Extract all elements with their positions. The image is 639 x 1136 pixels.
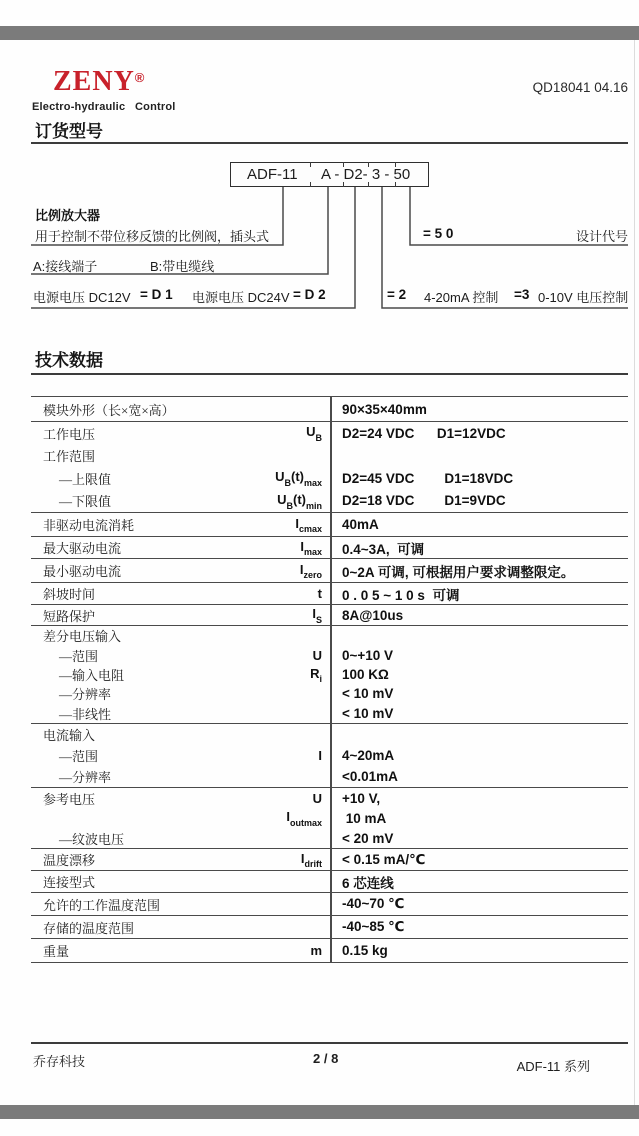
row-left-cell: 工作范围 bbox=[31, 446, 330, 465]
order-section-title: 订货型号 bbox=[35, 117, 103, 142]
row-left-cell: Ioutmax bbox=[31, 809, 330, 827]
row-value: +10 V, bbox=[330, 791, 628, 806]
row-value: 8A@10us bbox=[330, 608, 628, 623]
row-label: 参考电压 bbox=[31, 789, 95, 808]
row-label: —输入电阻 bbox=[31, 665, 124, 684]
row-value: D2=24 VDC D1=12VDC bbox=[330, 426, 628, 441]
row-label: —下限值 bbox=[31, 491, 111, 510]
footer-series: ADF-11 系列 bbox=[517, 1056, 590, 1075]
row-symbol: Imax bbox=[300, 539, 330, 557]
row-symbol: Ioutmax bbox=[286, 809, 330, 827]
row-value: 0.15 kg bbox=[330, 943, 628, 958]
row-value: 40mA bbox=[330, 517, 628, 532]
row-symbol: IS bbox=[312, 606, 330, 624]
segment-tick bbox=[395, 162, 396, 167]
row-symbol: UB(t)min bbox=[277, 492, 330, 510]
row-left-cell: —范围U bbox=[31, 646, 330, 665]
row-value: 0.4~3A, 可调 bbox=[330, 538, 628, 558]
row-label: —非线性 bbox=[31, 704, 111, 723]
control-3-label: 0-10V 电压控制 bbox=[538, 287, 628, 306]
row-left-cell: 最小驱动电流Izero bbox=[31, 561, 330, 580]
row-left-cell: 模块外形（长×宽×高） bbox=[31, 400, 330, 419]
row-symbol: I bbox=[318, 748, 330, 763]
row-left-cell: —非线性 bbox=[31, 704, 330, 723]
row-left-cell: 温度漂移Idrift bbox=[31, 850, 330, 869]
footer-rule bbox=[31, 1042, 628, 1044]
row-value: 90×35×40mm bbox=[330, 402, 628, 417]
row-left-cell: 重量m bbox=[31, 941, 330, 960]
row-value: -40~70 ℃ bbox=[330, 896, 628, 912]
amplifier-callout-title: 比例放大器 bbox=[35, 205, 100, 224]
row-left-cell: 工作电压UB bbox=[31, 424, 330, 443]
row-left-cell: 存储的温度范围 bbox=[31, 918, 330, 937]
model-code-base: ADF-11 bbox=[247, 166, 298, 183]
row-left-cell: 差分电压输入 bbox=[31, 626, 330, 645]
row-symbol: U bbox=[313, 791, 330, 806]
row-value: < 10 mV bbox=[330, 706, 628, 721]
row-symbol: Izero bbox=[300, 562, 330, 580]
row-left-cell: —纹波电压 bbox=[31, 829, 330, 848]
row-value: 0 . 0 5 ~ 1 0 s 可调 bbox=[330, 584, 628, 604]
segment-tick bbox=[310, 162, 311, 167]
order-section-rule bbox=[31, 142, 628, 144]
row-label: —分辨率 bbox=[31, 767, 111, 786]
control-3-code: =3 bbox=[514, 287, 529, 302]
row-label: 重量 bbox=[31, 941, 69, 960]
row-label: 非驱动电流消耗 bbox=[31, 515, 134, 534]
row-value: 10 mA bbox=[330, 811, 628, 826]
amplifier-callout-desc: 用于控制不带位移反馈的比例阀，插头式 bbox=[35, 226, 269, 245]
row-left-cell: 斜坡时间t bbox=[31, 584, 330, 603]
row-label: 模块外形（长×宽×高） bbox=[31, 400, 175, 419]
table-column-divider bbox=[330, 397, 332, 963]
design-code-value: = 5 0 bbox=[423, 226, 453, 241]
row-value: 6 芯连线 bbox=[330, 872, 628, 892]
row-left-cell: —分辨率 bbox=[31, 684, 330, 703]
row-left-cell: —范围I bbox=[31, 746, 330, 765]
document-page: ZENY® Electro-hydraulic Control QD18041 … bbox=[0, 0, 639, 1136]
tech-section-title: 技术数据 bbox=[35, 346, 103, 371]
row-value: -40~85 ℃ bbox=[330, 919, 628, 935]
row-left-cell: —分辨率 bbox=[31, 767, 330, 786]
row-label: 斜坡时间 bbox=[31, 584, 95, 603]
row-label: —上限值 bbox=[31, 469, 111, 488]
connector-option-b: B:带电缆线 bbox=[150, 256, 214, 275]
row-left-cell: —输入电阻Ri bbox=[31, 665, 330, 684]
registered-mark-icon: ® bbox=[135, 70, 145, 85]
tech-section-rule bbox=[31, 373, 628, 375]
row-left-cell: —下限值UB(t)min bbox=[31, 491, 330, 510]
row-label: —纹波电压 bbox=[31, 829, 124, 848]
row-value: 100 KΩ bbox=[330, 667, 628, 682]
row-label: 存储的温度范围 bbox=[31, 918, 134, 937]
row-symbol: t bbox=[318, 586, 330, 601]
supply-12v-code: = D 1 bbox=[140, 287, 173, 302]
row-left-cell: 参考电压U bbox=[31, 789, 330, 808]
row-label: 工作电压 bbox=[31, 424, 95, 443]
row-label: 差分电压输入 bbox=[31, 626, 121, 645]
supply-24v-label: 电源电压 DC24V bbox=[192, 287, 290, 306]
row-label: —范围 bbox=[31, 646, 98, 665]
row-left-cell: 允许的工作温度范围 bbox=[31, 895, 330, 914]
row-value: < 10 mV bbox=[330, 686, 628, 701]
row-value: <0.01mA bbox=[330, 769, 628, 784]
row-label: 最大驱动电流 bbox=[31, 538, 121, 557]
bottom-gray-bar bbox=[0, 1105, 639, 1119]
doc-code: QD18041 04.16 bbox=[533, 80, 628, 95]
row-value: 0~2A 可调, 可根据用户要求调整限定。 bbox=[330, 561, 628, 581]
row-symbol: Ri bbox=[310, 666, 330, 684]
row-left-cell: —上限值UB(t)max bbox=[31, 469, 330, 488]
control-2-label: 4-20mA 控制 bbox=[424, 287, 498, 306]
brand-text: ZENY bbox=[53, 66, 135, 97]
footer-page-number: 2 / 8 bbox=[313, 1051, 338, 1066]
segment-tick bbox=[368, 162, 369, 167]
row-symbol: m bbox=[310, 943, 330, 958]
row-label: 电流输入 bbox=[31, 725, 95, 744]
row-value: < 20 mV bbox=[330, 831, 628, 846]
brand-logo: ZENY® bbox=[53, 66, 144, 98]
row-value: 0~+10 V bbox=[330, 648, 628, 663]
row-left-cell: 电流输入 bbox=[31, 725, 330, 744]
top-gray-bar bbox=[0, 26, 639, 40]
row-symbol: Idrift bbox=[301, 851, 330, 869]
row-left-cell: 非驱动电流消耗Icmax bbox=[31, 515, 330, 534]
connector-option-a: A:接线端子 bbox=[33, 256, 97, 275]
tech-table: 模块外形（长×宽×高）90×35×40mm工作电压UBD2=24 VDC D1=… bbox=[31, 396, 628, 963]
row-symbol: U bbox=[313, 648, 330, 663]
row-label: —范围 bbox=[31, 746, 98, 765]
row-value: 4~20mA bbox=[330, 748, 628, 763]
supply-12v-label: 电源电压 DC12V bbox=[33, 287, 131, 306]
row-value: < 0.15 mA/℃ bbox=[330, 852, 628, 868]
row-value: D2=18 VDC D1=9VDC bbox=[330, 493, 628, 508]
brand-tagline: Electro-hydraulic Control bbox=[32, 101, 176, 113]
row-label: 工作范围 bbox=[31, 446, 95, 465]
row-left-cell: 最大驱动电流Imax bbox=[31, 538, 330, 557]
control-2-code: = 2 bbox=[387, 287, 406, 302]
model-code-box: ADF-11 A - D2- 3 - 50 bbox=[230, 162, 429, 187]
row-label: 温度漂移 bbox=[31, 850, 95, 869]
footer-company: 乔存科技 bbox=[33, 1051, 85, 1070]
row-label: 最小驱动电流 bbox=[31, 561, 121, 580]
row-left-cell: 连接型式 bbox=[31, 872, 330, 891]
row-left-cell: 短路保护IS bbox=[31, 606, 330, 625]
row-label: 连接型式 bbox=[31, 872, 95, 891]
row-label: 允许的工作温度范围 bbox=[31, 895, 160, 914]
segment-tick bbox=[343, 162, 344, 167]
row-symbol: UB(t)max bbox=[275, 469, 330, 487]
model-code-suffix: A - D2- 3 - 50 bbox=[321, 166, 410, 183]
row-label: 短路保护 bbox=[31, 606, 95, 625]
row-symbol: Icmax bbox=[295, 516, 330, 534]
design-code-label: 设计代号 bbox=[576, 226, 628, 245]
supply-24v-code: = D 2 bbox=[293, 287, 326, 302]
row-symbol: UB bbox=[306, 424, 330, 442]
row-label: —分辨率 bbox=[31, 684, 111, 703]
row-value: D2=45 VDC D1=18VDC bbox=[330, 471, 628, 486]
